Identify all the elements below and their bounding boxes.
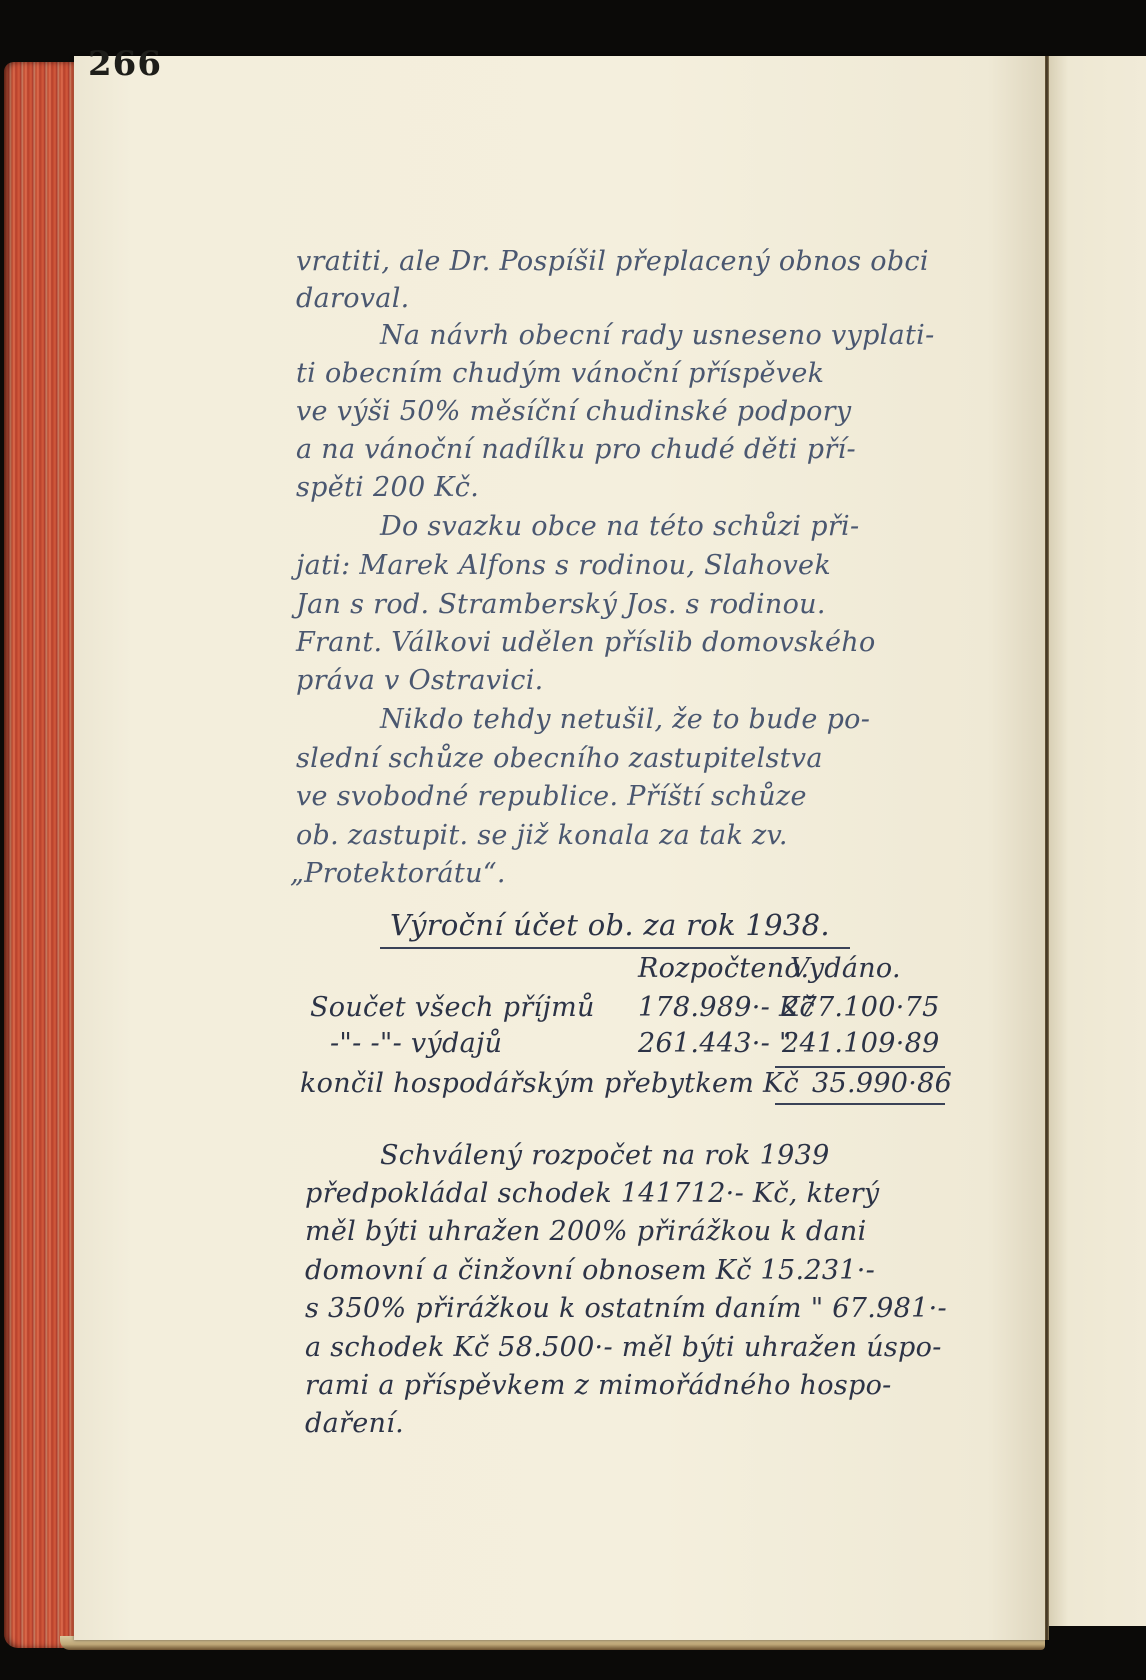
- account-row-budgeted: 261.443·- ": [638, 1028, 792, 1059]
- body-line: Do svazku obce na této schůzi při-: [380, 511, 859, 542]
- account-row-actual: 277.100·75: [782, 992, 940, 1023]
- page-edges-red: [4, 62, 74, 1648]
- account-row-actual: 241.109·89: [782, 1028, 940, 1059]
- body-line: a na vánoční nadílku pro chudé děti pří-: [296, 434, 856, 465]
- budget-line: Schválený rozpočet na rok 1939: [380, 1140, 830, 1171]
- body-line: vratiti, ale Dr. Pospíšil přeplacený obn…: [296, 246, 929, 277]
- body-line: Nikdo tehdy netušil, že to bude po-: [380, 704, 870, 735]
- budget-line: měl býti uhražen 200% přirážkou k dani: [305, 1216, 867, 1247]
- right-page: [1049, 56, 1146, 1626]
- body-line: Na návrh obecní rady usneseno vyplati-: [380, 320, 935, 351]
- body-line: jati: Marek Alfons s rodinou, Slahovek: [296, 550, 831, 581]
- account-row-label: Součet všech příjmů: [310, 992, 595, 1023]
- title-underline: [380, 947, 850, 949]
- body-line: Frant. Válkovi udělen příslib domovského: [296, 627, 876, 658]
- account-result-label: končil hospodářským přebytkem Kč: [300, 1068, 799, 1099]
- body-line: ve svobodné republice. Příští schůze: [296, 781, 807, 812]
- body-line: slední schůze obecního zastupitelstva: [296, 743, 823, 774]
- book-gutter: [1045, 56, 1049, 1640]
- budget-line: rami a příspěvkem z mimořádného hospo-: [305, 1370, 892, 1401]
- body-line: Jan s rod. Stramberský Jos. s rodinou.: [296, 589, 826, 620]
- budget-line: daření.: [305, 1408, 404, 1439]
- body-line: ve výši 50% měsíční chudinské podpory: [296, 396, 851, 427]
- column-header-budgeted: Rozpočteno.: [638, 953, 809, 984]
- body-line: práva v Ostravici.: [296, 665, 544, 696]
- budget-line: s 350% přirážkou k ostatním daním " 67.9…: [305, 1293, 947, 1324]
- column-header-spent: Vydáno.: [790, 953, 901, 984]
- account-title: Výroční účet ob. za rok 1938.: [390, 908, 830, 942]
- budget-line: domovní a činžovní obnosem Kč 15.231·-: [305, 1255, 875, 1286]
- account-row-label: -"- -"- výdajů: [330, 1028, 502, 1059]
- account-result-value: 35.990·86: [812, 1068, 952, 1099]
- body-line: daroval.: [296, 283, 410, 314]
- budget-line: předpokládal schodek 141712·- Kč, který: [305, 1178, 879, 1209]
- budget-line: a schodek Kč 58.500·- měl býti uhražen ú…: [305, 1332, 942, 1363]
- body-line: spěti 200 Kč.: [296, 472, 479, 503]
- body-line: ti obecním chudým vánoční příspěvek: [296, 358, 824, 389]
- body-line: ob. zastupit. se již konala za tak zv.: [296, 820, 788, 851]
- total-rule: [775, 1103, 945, 1105]
- page-number: 266: [88, 44, 162, 84]
- body-line: „Protektorátu“.: [290, 858, 506, 889]
